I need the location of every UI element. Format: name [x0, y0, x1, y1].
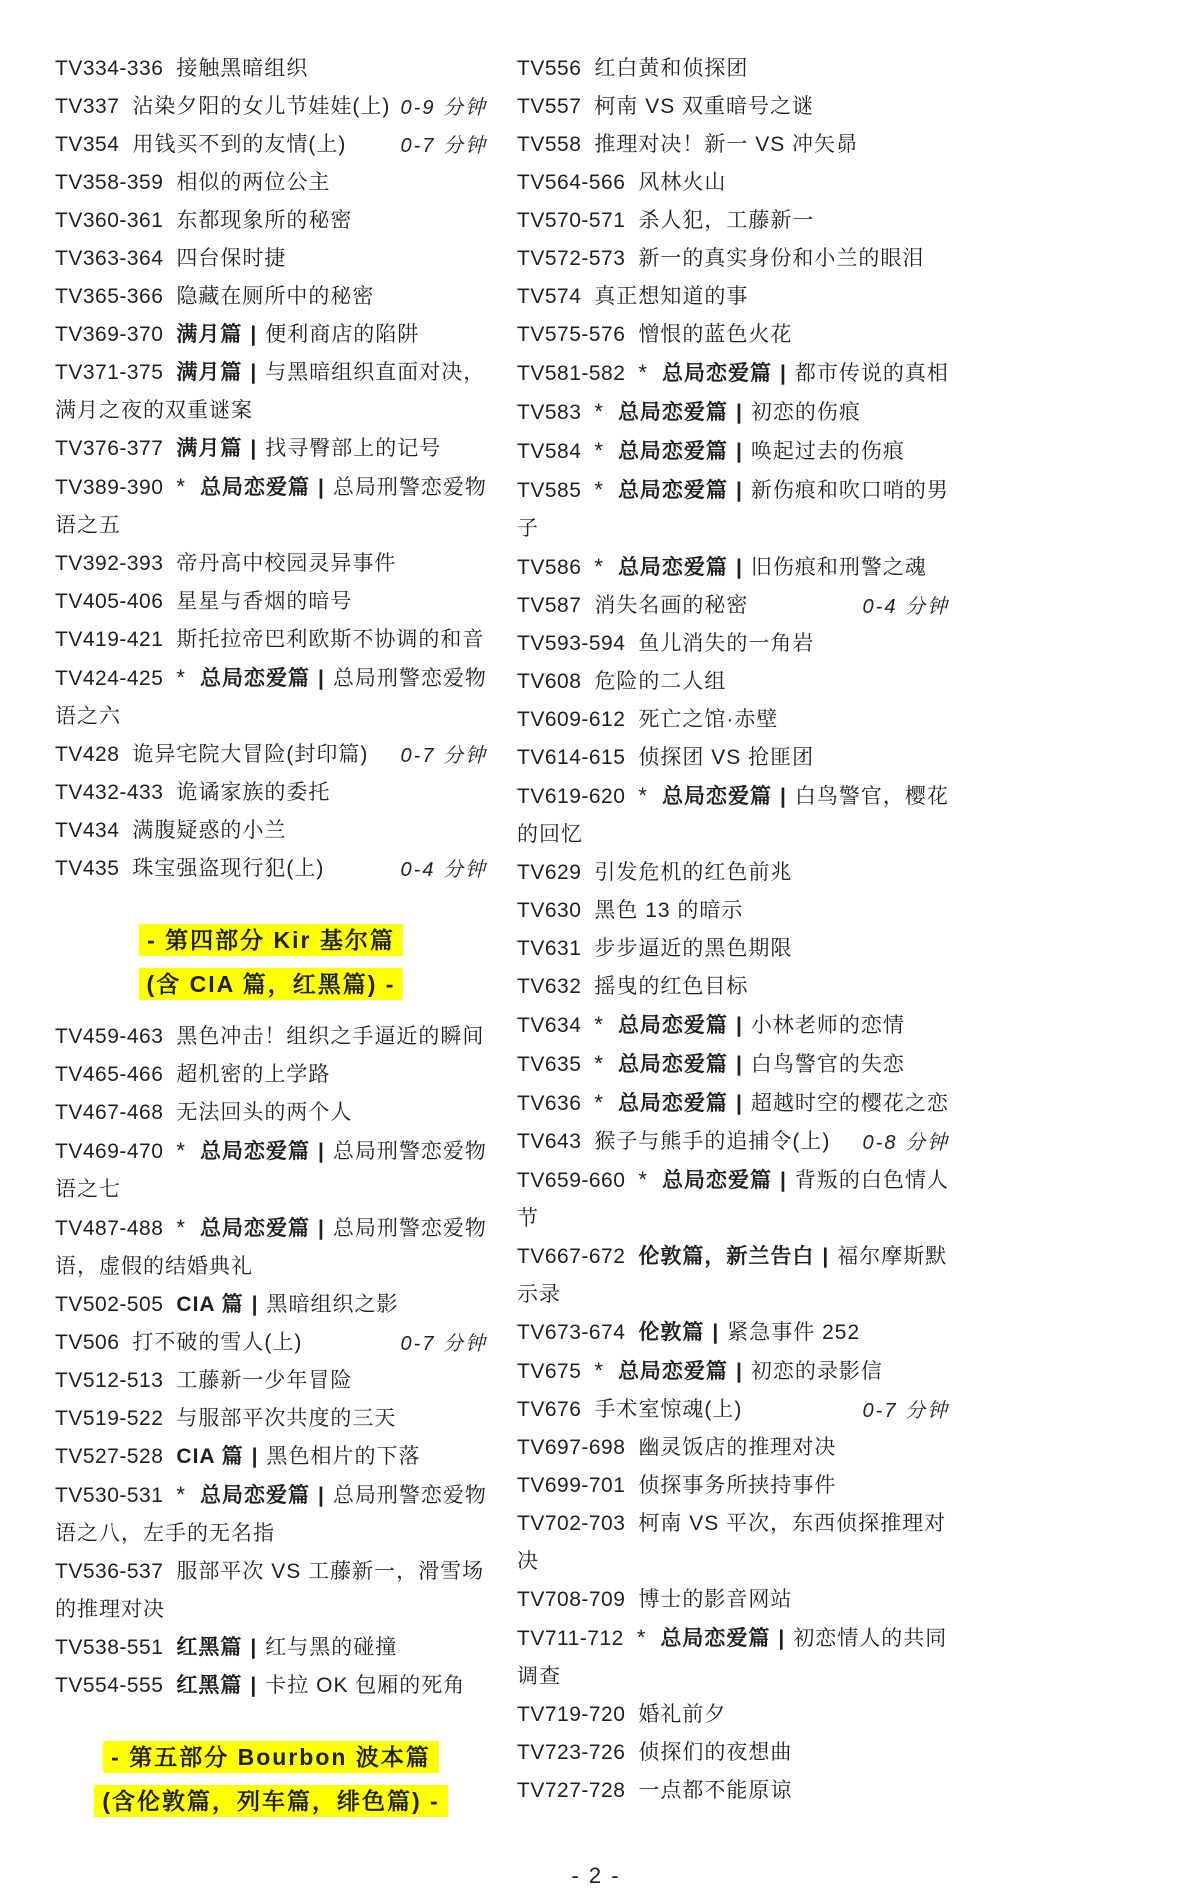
episode-id: TV702-703 [517, 1512, 625, 1535]
episode-title: 小林老师的恋情 [751, 1014, 905, 1037]
episode-title: 侦探团 VS 抢匪团 [638, 746, 814, 769]
episode-item: TV558推理对决！新一 VS 冲矢昴 [517, 126, 949, 164]
episode-item: TV487-488*总局恋爱篇|总局刑警恋爱物语，虚假的结婚典礼 [55, 1209, 487, 1286]
episode-title: 帝丹高中校园灵异事件 [176, 552, 396, 575]
episode-id: TV527-528 [55, 1445, 163, 1468]
episode-id: TV609-612 [517, 708, 625, 731]
episode-id: TV376-377 [55, 437, 163, 460]
episode-title: 风林火山 [638, 171, 726, 194]
episode-title: 打不破的雪人(上) [132, 1331, 302, 1354]
episode-title: 博士的影音网站 [638, 1588, 792, 1611]
episode-id: TV459-463 [55, 1025, 163, 1048]
episode-title: 都市传说的真相 [795, 362, 949, 385]
episode-title: 杀人犯，工藤新一 [638, 209, 814, 232]
arc-separator-icon: | [780, 362, 787, 385]
episode-id: TV629 [517, 861, 581, 884]
episode-id: TV673-674 [517, 1321, 625, 1344]
star-mark: * [594, 1012, 604, 1037]
episode-title: 白鸟警官的失恋 [751, 1053, 905, 1076]
episode-item: TV435珠宝强盗现行犯(上)0-4 分钟 [55, 850, 487, 888]
episode-title: 四台保时捷 [176, 247, 286, 270]
episode-id: TV334-336 [55, 57, 163, 80]
arc-separator-icon: | [736, 1053, 743, 1076]
episode-id: TV554-555 [55, 1674, 163, 1697]
section-header-line: (含伦敦篇，列车篇，绯色篇) - [55, 1781, 487, 1825]
episode-id: TV564-566 [517, 171, 625, 194]
episode-id: TV711-712 [517, 1627, 624, 1650]
episode-item: TV635*总局恋爱篇|白鸟警官的失恋 [517, 1045, 949, 1084]
arc-name: 总局恋爱篇 [200, 1484, 310, 1507]
episode-id: TV360-361 [55, 209, 163, 232]
episode-item: TV630黑色 13 的暗示 [517, 892, 949, 930]
episode-id: TV424-425 [55, 667, 163, 690]
episode-item: TV723-726侦探们的夜想曲 [517, 1734, 949, 1772]
episode-id: TV536-537 [55, 1560, 163, 1583]
episode-id: TV369-370 [55, 323, 163, 346]
episode-item: TV530-531*总局恋爱篇|总局刑警恋爱物语之八，左手的无名指 [55, 1476, 487, 1553]
star-mark: * [638, 360, 648, 385]
episode-item: TV360-361东都现象所的秘密 [55, 202, 487, 240]
episode-id: TV512-513 [55, 1369, 163, 1392]
episode-item: TV564-566风林火山 [517, 164, 949, 202]
episode-id: TV557 [517, 95, 581, 118]
episode-item: TV632摇曳的红色目标 [517, 968, 949, 1006]
episode-item: TV467-468无法回头的两个人 [55, 1094, 487, 1132]
episode-title: 满腹疑惑的小兰 [132, 819, 286, 842]
star-mark: * [637, 1625, 647, 1650]
episode-item: TV363-364四台保时捷 [55, 240, 487, 278]
episode-title: 手术室惊魂(上) [594, 1398, 742, 1421]
episode-item: TV643猴子与熊手的追捕令(上)0-8 分钟 [517, 1123, 949, 1161]
arc-separator-icon: | [780, 785, 787, 808]
episode-item: TV334-336接触黑暗组织 [55, 50, 487, 88]
episode-item: TV675*总局恋爱篇|初恋的录影信 [517, 1352, 949, 1391]
section-header-highlight: (含 CIA 篇，红黑篇) - [139, 968, 404, 1000]
star-mark: * [594, 477, 604, 502]
arc-name: 总局恋爱篇 [618, 1092, 728, 1115]
episode-title: 卡拉 OK 包厢的死角 [265, 1674, 465, 1697]
episode-item: TV699-701侦探事务所挟持事件 [517, 1467, 949, 1505]
episode-id: TV337 [55, 95, 119, 118]
star-mark: * [176, 665, 186, 690]
episode-title: 黑色 13 的暗示 [594, 899, 743, 922]
episode-title: 工藤新一少年冒险 [176, 1369, 352, 1392]
star-mark: * [176, 1482, 186, 1507]
episode-item: TV574真正想知道的事 [517, 278, 949, 316]
duration-note: 0-9 分钟 [401, 89, 487, 127]
episode-item: TV428诡异宅院大冒险(封印篇)0-7 分钟 [55, 736, 487, 774]
section-header-line: - 第五部分 Bourbon 波本篇 [55, 1737, 487, 1781]
arc-separator-icon: | [318, 1140, 325, 1163]
duration-note: 0-4 分钟 [401, 851, 487, 889]
arc-name: 总局恋爱篇 [200, 667, 310, 690]
arc-name: 总局恋爱篇 [618, 479, 728, 502]
arc-separator-icon: | [252, 1445, 259, 1468]
episode-item: TV389-390*总局恋爱篇|总局刑警恋爱物语之五 [55, 468, 487, 545]
episode-item: TV667-672伦敦篇，新兰告白|福尔摩斯默示录 [517, 1238, 949, 1314]
episode-id: TV659-660 [517, 1169, 625, 1192]
episode-id: TV614-615 [517, 746, 625, 769]
arc-name: 总局恋爱篇 [618, 1360, 728, 1383]
episode-id: TV632 [517, 975, 581, 998]
episode-id: TV354 [55, 133, 119, 156]
episode-id: TV392-393 [55, 552, 163, 575]
episode-title: 相似的两位公主 [176, 171, 330, 194]
arc-name: 总局恋爱篇 [618, 556, 728, 579]
episode-title: 危险的二人组 [594, 670, 726, 693]
page-number: - 2 - [0, 1863, 1192, 1889]
episode-title: 便利商店的陷阱 [265, 323, 419, 346]
episode-title: 斯托拉帝巴利欧斯不协调的和音 [176, 628, 484, 651]
episode-title: 真正想知道的事 [594, 285, 748, 308]
arc-name: 总局恋爱篇 [618, 1014, 728, 1037]
episode-title: 黑色相片的下落 [267, 1445, 421, 1468]
episode-item: TV554-555红黑篇|卡拉 OK 包厢的死角 [55, 1667, 487, 1705]
episode-item: TV337沾染夕阳的女儿节娃娃(上)0-9 分钟 [55, 88, 487, 126]
episode-id: TV405-406 [55, 590, 163, 613]
episode-item: TV581-582*总局恋爱篇|都市传说的真相 [517, 354, 949, 393]
star-mark: * [594, 1051, 604, 1076]
episode-item: TV609-612死亡之馆·赤壁 [517, 701, 949, 739]
episode-title: 诡异宅院大冒险(封印篇) [132, 743, 368, 766]
episode-title: 初恋的录影信 [751, 1360, 883, 1383]
episode-item: TV572-573新一的真实身份和小兰的眼泪 [517, 240, 949, 278]
arc-name: 总局恋爱篇 [662, 1169, 772, 1192]
episode-id: TV572-573 [517, 247, 625, 270]
section-header: - 第四部分 Kir 基尔篇(含 CIA 篇，红黑篇) - [55, 920, 487, 1008]
episode-item: TV527-528CIA 篇|黑色相片的下落 [55, 1438, 487, 1476]
section-header-line: - 第四部分 Kir 基尔篇 [55, 920, 487, 964]
episode-item: TV358-359相似的两位公主 [55, 164, 487, 202]
episode-id: TV697-698 [517, 1436, 625, 1459]
arc-separator-icon: | [252, 1293, 259, 1316]
episode-item: TV584*总局恋爱篇|唤起过去的伤痕 [517, 432, 949, 471]
episode-item: TV538-551红黑篇|红与黑的碰撞 [55, 1629, 487, 1667]
episode-id: TV365-366 [55, 285, 163, 308]
arc-name: CIA 篇 [176, 1293, 243, 1316]
episode-title: 东都现象所的秘密 [176, 209, 352, 232]
episode-id: TV636 [517, 1092, 581, 1115]
episode-item: TV608危险的二人组 [517, 663, 949, 701]
duration-note: 0-4 分钟 [863, 588, 949, 626]
episode-item: TV634*总局恋爱篇|小林老师的恋情 [517, 1006, 949, 1045]
episode-title: 新伤痕和吹口哨的男子 [517, 479, 949, 540]
arc-name: 满月篇 [176, 323, 242, 346]
episode-item: TV469-470*总局恋爱篇|总局刑警恋爱物语之七 [55, 1132, 487, 1209]
star-mark: * [594, 399, 604, 424]
episode-id: TV570-571 [517, 209, 625, 232]
episode-item: TV432-433诡谲家族的委托 [55, 774, 487, 812]
episode-item: TV585*总局恋爱篇|新伤痕和吹口哨的男子 [517, 471, 949, 548]
episode-item: TV619-620*总局恋爱篇|白鸟警官，樱花的回忆 [517, 777, 949, 854]
episode-title: 用钱买不到的友情(上) [132, 133, 346, 156]
episode-id: TV556 [517, 57, 581, 80]
section-header-highlight: - 第五部分 Bourbon 波本篇 [103, 1741, 439, 1773]
episode-item: TV512-513工藤新一少年冒险 [55, 1362, 487, 1400]
episode-title: 与服部平次共度的三天 [176, 1407, 396, 1430]
episode-title: 引发危机的红色前兆 [594, 861, 792, 884]
arc-separator-icon: | [780, 1169, 787, 1192]
episode-id: TV432-433 [55, 781, 163, 804]
arc-name: 伦敦篇，新兰告白 [638, 1245, 814, 1268]
column-left: TV334-336接触黑暗组织TV337沾染夕阳的女儿节娃娃(上)0-9 分钟T… [55, 50, 487, 1835]
episode-title: 紧急事件 252 [727, 1321, 860, 1344]
episode-item: TV557柯南 VS 双重暗号之谜 [517, 88, 949, 126]
column-right: TV556红白黄和侦探团TV557柯南 VS 双重暗号之谜TV558推理对决！新… [517, 50, 949, 1835]
episode-title: 无法回头的两个人 [176, 1101, 352, 1124]
episode-id: TV581-582 [517, 362, 625, 385]
arc-separator-icon: | [822, 1245, 829, 1268]
episode-item: TV727-728一点都不能原谅 [517, 1772, 949, 1810]
arc-separator-icon: | [318, 1217, 325, 1240]
arc-name: 总局恋爱篇 [200, 1140, 310, 1163]
arc-separator-icon: | [250, 1636, 257, 1659]
episode-id: TV708-709 [517, 1588, 625, 1611]
episode-id: TV363-364 [55, 247, 163, 270]
episode-item: TV659-660*总局恋爱篇|背叛的白色情人节 [517, 1161, 949, 1238]
episode-item: TV673-674伦敦篇|紧急事件 252 [517, 1314, 949, 1352]
episode-title: 黑暗组织之影 [267, 1293, 399, 1316]
episode-item: TV583*总局恋爱篇|初恋的伤痕 [517, 393, 949, 432]
section-header: - 第五部分 Bourbon 波本篇(含伦敦篇，列车篇，绯色篇) - [55, 1737, 487, 1825]
episode-item: TV676手术室惊魂(上)0-7 分钟 [517, 1391, 949, 1429]
arc-name: 总局恋爱篇 [662, 362, 772, 385]
episode-item: TV465-466超机密的上学路 [55, 1056, 487, 1094]
episode-id: TV593-594 [517, 632, 625, 655]
star-mark: * [176, 1138, 186, 1163]
episode-item: TV636*总局恋爱篇|超越时空的樱花之恋 [517, 1084, 949, 1123]
episode-title: 红白黄和侦探团 [594, 57, 748, 80]
episode-id: TV502-505 [55, 1293, 163, 1316]
episode-title: 珠宝强盗现行犯(上) [132, 857, 324, 880]
episode-item: TV587消失名画的秘密0-4 分钟 [517, 587, 949, 625]
episode-id: TV506 [55, 1331, 119, 1354]
episode-item: TV376-377满月篇|找寻臀部上的记号 [55, 430, 487, 468]
episode-id: TV428 [55, 743, 119, 766]
episode-item: TV708-709博士的影音网站 [517, 1581, 949, 1619]
episode-title: 幽灵饭店的推理对决 [638, 1436, 836, 1459]
arc-separator-icon: | [736, 556, 743, 579]
episode-title: 沾染夕阳的女儿节娃娃(上) [132, 95, 390, 118]
episode-id: TV608 [517, 670, 581, 693]
episode-item: TV354用钱买不到的友情(上)0-7 分钟 [55, 126, 487, 164]
episode-title: 新一的真实身份和小兰的眼泪 [638, 247, 924, 270]
star-mark: * [594, 554, 604, 579]
episode-title: 一点都不能原谅 [638, 1779, 792, 1802]
episode-item: TV711-712*总局恋爱篇|初恋情人的共同调查 [517, 1619, 949, 1696]
episode-item: TV392-393帝丹高中校园灵异事件 [55, 545, 487, 583]
section-header-line: (含 CIA 篇，红黑篇) - [55, 964, 487, 1008]
episode-item: TV434满腹疑惑的小兰 [55, 812, 487, 850]
star-mark: * [638, 783, 648, 808]
episode-id: TV519-522 [55, 1407, 163, 1430]
arc-separator-icon: | [250, 361, 257, 384]
episode-id: TV419-421 [55, 628, 163, 651]
episode-id: TV575-576 [517, 323, 625, 346]
episode-id: TV371-375 [55, 361, 163, 384]
episode-item: TV369-370满月篇|便利商店的陷阱 [55, 316, 487, 354]
arc-separator-icon: | [318, 667, 325, 690]
episode-item: TV556红白黄和侦探团 [517, 50, 949, 88]
arc-separator-icon: | [712, 1321, 719, 1344]
duration-note: 0-7 分钟 [401, 737, 487, 775]
episode-id: TV619-620 [517, 785, 625, 808]
arc-name: CIA 篇 [176, 1445, 243, 1468]
episode-item: TV536-537服部平次 VS 工藤新一，滑雪场的推理对决 [55, 1553, 487, 1629]
arc-name: 总局恋爱篇 [618, 401, 728, 424]
episode-id: TV558 [517, 133, 581, 156]
episode-title: 步步逼近的黑色期限 [594, 937, 792, 960]
episode-id: TV675 [517, 1360, 581, 1383]
arc-name: 总局恋爱篇 [660, 1627, 770, 1650]
episode-item: TV424-425*总局恋爱篇|总局刑警恋爱物语之六 [55, 659, 487, 736]
episode-id: TV587 [517, 594, 581, 617]
episode-item: TV614-615侦探团 VS 抢匪团 [517, 739, 949, 777]
arc-name: 总局恋爱篇 [618, 440, 728, 463]
episode-item: TV365-366隐藏在厕所中的秘密 [55, 278, 487, 316]
episode-title: 憎恨的蓝色火花 [638, 323, 792, 346]
episode-item: TV405-406星星与香烟的暗号 [55, 583, 487, 621]
episode-id: TV643 [517, 1130, 581, 1153]
episode-id: TV676 [517, 1398, 581, 1421]
episode-id: TV727-728 [517, 1779, 625, 1802]
arc-name: 红黑篇 [176, 1674, 242, 1697]
arc-separator-icon: | [736, 1092, 743, 1115]
episode-item: TV631步步逼近的黑色期限 [517, 930, 949, 968]
episode-title: 唤起过去的伤痕 [751, 440, 905, 463]
episode-title: 侦探们的夜想曲 [638, 1741, 792, 1764]
episode-title: 婚礼前夕 [638, 1703, 726, 1726]
arc-name: 总局恋爱篇 [200, 476, 310, 499]
episode-id: TV467-468 [55, 1101, 163, 1124]
star-mark: * [594, 1358, 604, 1383]
episode-title: 黑色冲击！组织之手逼近的瞬间 [176, 1025, 484, 1048]
episode-item: TV519-522与服部平次共度的三天 [55, 1400, 487, 1438]
episode-list-page: TV334-336接触黑暗组织TV337沾染夕阳的女儿节娃娃(上)0-9 分钟T… [55, 50, 1157, 1835]
arc-name: 总局恋爱篇 [662, 785, 772, 808]
episode-id: TV487-488 [55, 1217, 163, 1240]
episode-id: TV631 [517, 937, 581, 960]
arc-name: 红黑篇 [176, 1636, 242, 1659]
duration-note: 0-7 分钟 [863, 1392, 949, 1430]
episode-title: 推理对决！新一 VS 冲矢昴 [594, 133, 858, 156]
episode-id: TV574 [517, 285, 581, 308]
star-mark: * [638, 1167, 648, 1192]
arc-name: 伦敦篇 [638, 1321, 704, 1344]
episode-id: TV719-720 [517, 1703, 625, 1726]
episode-item: TV629引发危机的红色前兆 [517, 854, 949, 892]
episode-title: 星星与香烟的暗号 [176, 590, 352, 613]
episode-item: TV506打不破的雪人(上)0-7 分钟 [55, 1324, 487, 1362]
section-header-highlight: (含伦敦篇，列车篇，绯色篇) - [94, 1785, 447, 1817]
episode-id: TV630 [517, 899, 581, 922]
duration-note: 0-7 分钟 [401, 127, 487, 165]
arc-separator-icon: | [736, 479, 743, 502]
episode-item: TV502-505CIA 篇|黑暗组织之影 [55, 1286, 487, 1324]
episode-id: TV584 [517, 440, 581, 463]
episode-id: TV389-390 [55, 476, 163, 499]
episode-title: 柯南 VS 双重暗号之谜 [594, 95, 814, 118]
episode-id: TV667-672 [517, 1245, 625, 1268]
episode-title: 隐藏在厕所中的秘密 [176, 285, 374, 308]
episode-title: 消失名画的秘密 [594, 594, 748, 617]
duration-note: 0-7 分钟 [401, 1325, 487, 1363]
arc-name: 满月篇 [176, 361, 242, 384]
arc-name: 满月篇 [176, 437, 242, 460]
episode-id: TV538-551 [55, 1636, 163, 1659]
duration-note: 0-8 分钟 [863, 1124, 949, 1162]
episode-title: 侦探事务所挟持事件 [638, 1474, 836, 1497]
arc-separator-icon: | [318, 1484, 325, 1507]
episode-title: 超机密的上学路 [176, 1063, 330, 1086]
episode-title: 摇曳的红色目标 [594, 975, 748, 998]
episode-title: 超越时空的樱花之恋 [751, 1092, 949, 1115]
episode-title: 接触黑暗组织 [176, 57, 308, 80]
star-mark: * [176, 474, 186, 499]
episode-title: 红与黑的碰撞 [265, 1636, 397, 1659]
episode-item: TV419-421斯托拉帝巴利欧斯不协调的和音 [55, 621, 487, 659]
arc-separator-icon: | [318, 476, 325, 499]
episode-item: TV719-720婚礼前夕 [517, 1696, 949, 1734]
episode-title: 旧伤痕和刑警之魂 [751, 556, 927, 579]
star-mark: * [594, 438, 604, 463]
episode-id: TV585 [517, 479, 581, 502]
episode-item: TV702-703柯南 VS 平次，东西侦探推理对决 [517, 1505, 949, 1581]
episode-item: TV586*总局恋爱篇|旧伤痕和刑警之魂 [517, 548, 949, 587]
episode-id: TV634 [517, 1014, 581, 1037]
episode-id: TV586 [517, 556, 581, 579]
episode-title: 初恋的伤痕 [751, 401, 861, 424]
star-mark: * [594, 1090, 604, 1115]
episode-title: 死亡之馆·赤壁 [638, 708, 778, 731]
arc-separator-icon: | [778, 1627, 785, 1650]
episode-item: TV570-571杀人犯，工藤新一 [517, 202, 949, 240]
arc-separator-icon: | [736, 440, 743, 463]
arc-separator-icon: | [250, 437, 257, 460]
arc-separator-icon: | [250, 1674, 257, 1697]
episode-title: 鱼儿消失的一角岩 [638, 632, 814, 655]
episode-id: TV469-470 [55, 1140, 163, 1163]
episode-title: 找寻臀部上的记号 [265, 437, 441, 460]
episode-id: TV358-359 [55, 171, 163, 194]
episode-item: TV575-576憎恨的蓝色火花 [517, 316, 949, 354]
episode-id: TV699-701 [517, 1474, 625, 1497]
episode-item: TV697-698幽灵饭店的推理对决 [517, 1429, 949, 1467]
episode-item: TV459-463黑色冲击！组织之手逼近的瞬间 [55, 1018, 487, 1056]
arc-separator-icon: | [736, 401, 743, 424]
episode-id: TV635 [517, 1053, 581, 1076]
episode-item: TV593-594鱼儿消失的一角岩 [517, 625, 949, 663]
episode-id: TV435 [55, 857, 119, 880]
episode-id: TV465-466 [55, 1063, 163, 1086]
episode-title: 诡谲家族的委托 [176, 781, 330, 804]
episode-title: 猴子与熊手的追捕令(上) [594, 1130, 830, 1153]
arc-name: 总局恋爱篇 [200, 1217, 310, 1240]
episode-id: TV530-531 [55, 1484, 163, 1507]
episode-id: TV583 [517, 401, 581, 424]
star-mark: * [176, 1215, 186, 1240]
section-header-highlight: - 第四部分 Kir 基尔篇 [139, 924, 403, 956]
arc-name: 总局恋爱篇 [618, 1053, 728, 1076]
arc-separator-icon: | [736, 1360, 743, 1383]
episode-id: TV723-726 [517, 1741, 625, 1764]
arc-separator-icon: | [250, 323, 257, 346]
episode-id: TV434 [55, 819, 119, 842]
arc-separator-icon: | [736, 1014, 743, 1037]
episode-item: TV371-375满月篇|与黑暗组织直面对决，满月之夜的双重谜案 [55, 354, 487, 430]
